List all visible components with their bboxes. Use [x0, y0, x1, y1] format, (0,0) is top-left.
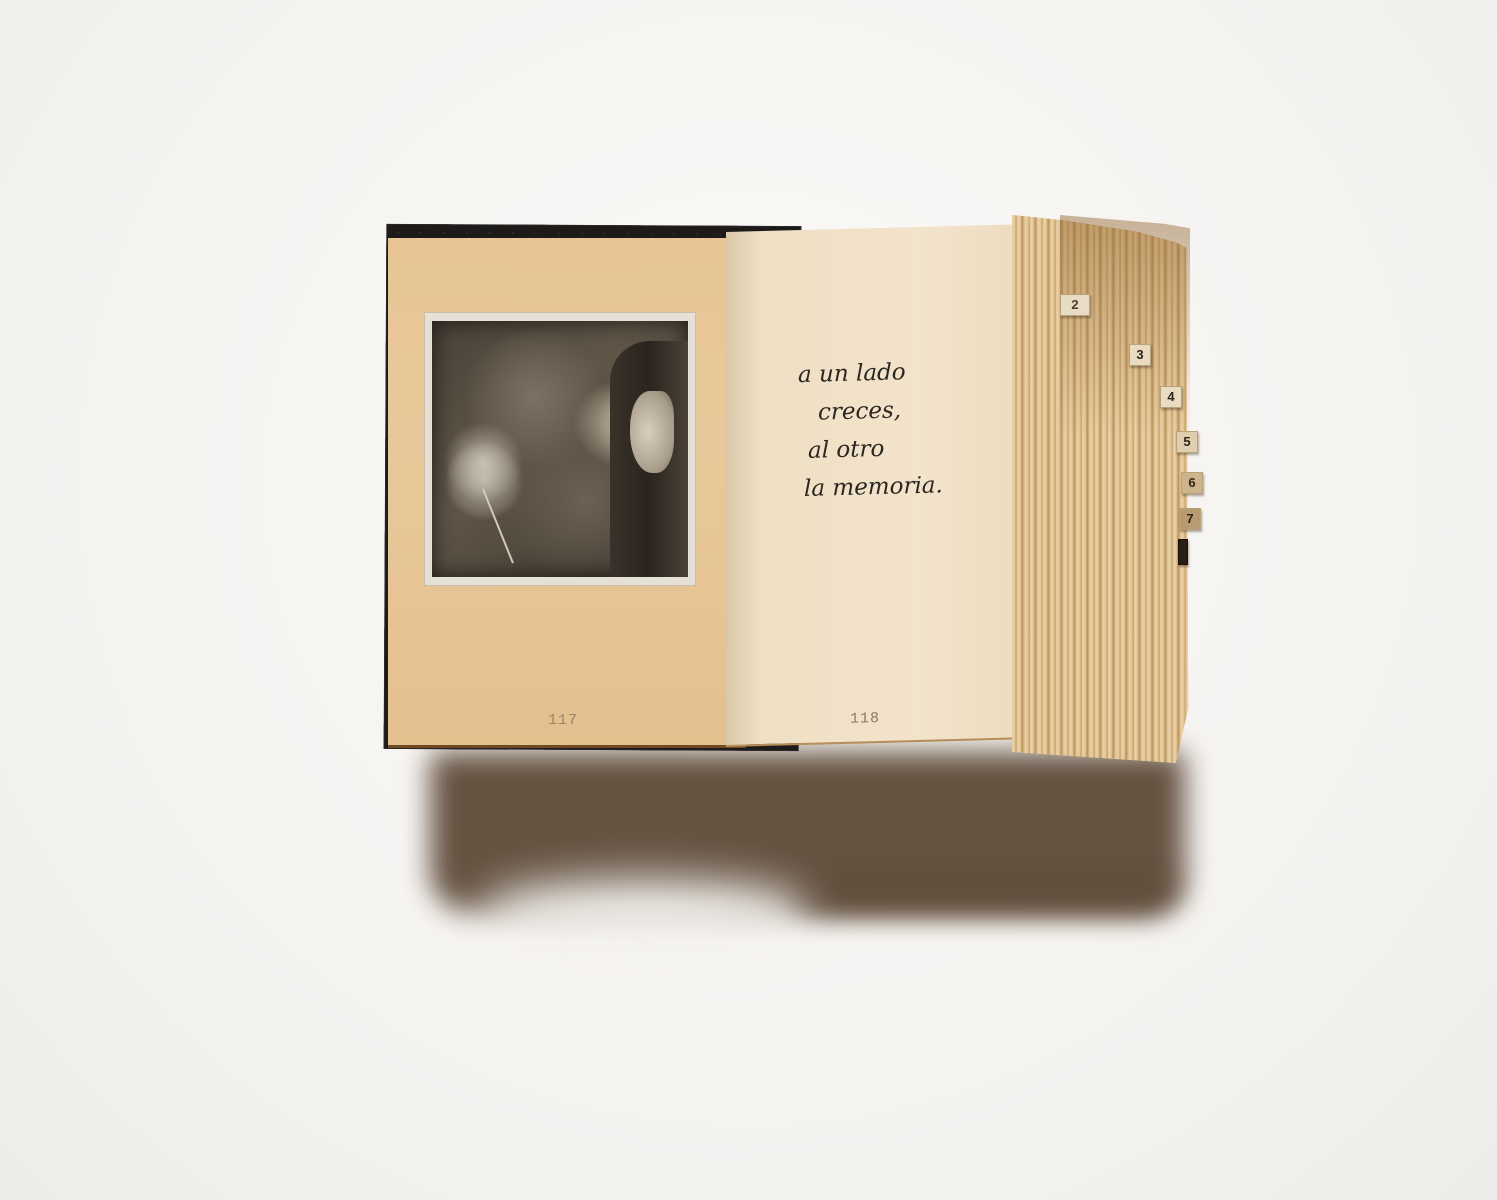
- shadow-highlight: [480, 880, 810, 940]
- dried-flower: [444, 441, 524, 521]
- instant-photo-frame: [424, 312, 696, 586]
- woman-figure: [610, 341, 688, 577]
- index-tab[interactable]: 7: [1179, 508, 1201, 530]
- index-tab[interactable]: 2: [1060, 294, 1090, 316]
- book-shadow-lower: [785, 880, 1180, 912]
- poem-line: al otro: [808, 428, 943, 470]
- index-tab[interactable]: [1178, 539, 1188, 565]
- right-page-number: 118: [850, 710, 880, 728]
- portrait-photo: [432, 321, 688, 577]
- index-tab[interactable]: 6: [1181, 472, 1203, 494]
- poem-line: la memoria.: [804, 466, 943, 508]
- index-tab[interactable]: 5: [1176, 431, 1198, 453]
- poem-line: a un lado: [798, 352, 943, 394]
- index-tab[interactable]: 4: [1160, 386, 1182, 408]
- index-tab[interactable]: 3: [1129, 344, 1151, 366]
- right-page: a un lado creces, al otro la memoria. 11…: [726, 223, 1056, 747]
- woman-face: [630, 391, 674, 473]
- poem-line: creces,: [818, 390, 943, 431]
- left-page: 117: [388, 238, 746, 748]
- photo-scene: 117 a un lado creces, al otro la memoria…: [0, 0, 1497, 1200]
- handwritten-poem: a un lado creces, al otro la memoria.: [798, 352, 943, 508]
- left-page-number: 117: [548, 712, 578, 729]
